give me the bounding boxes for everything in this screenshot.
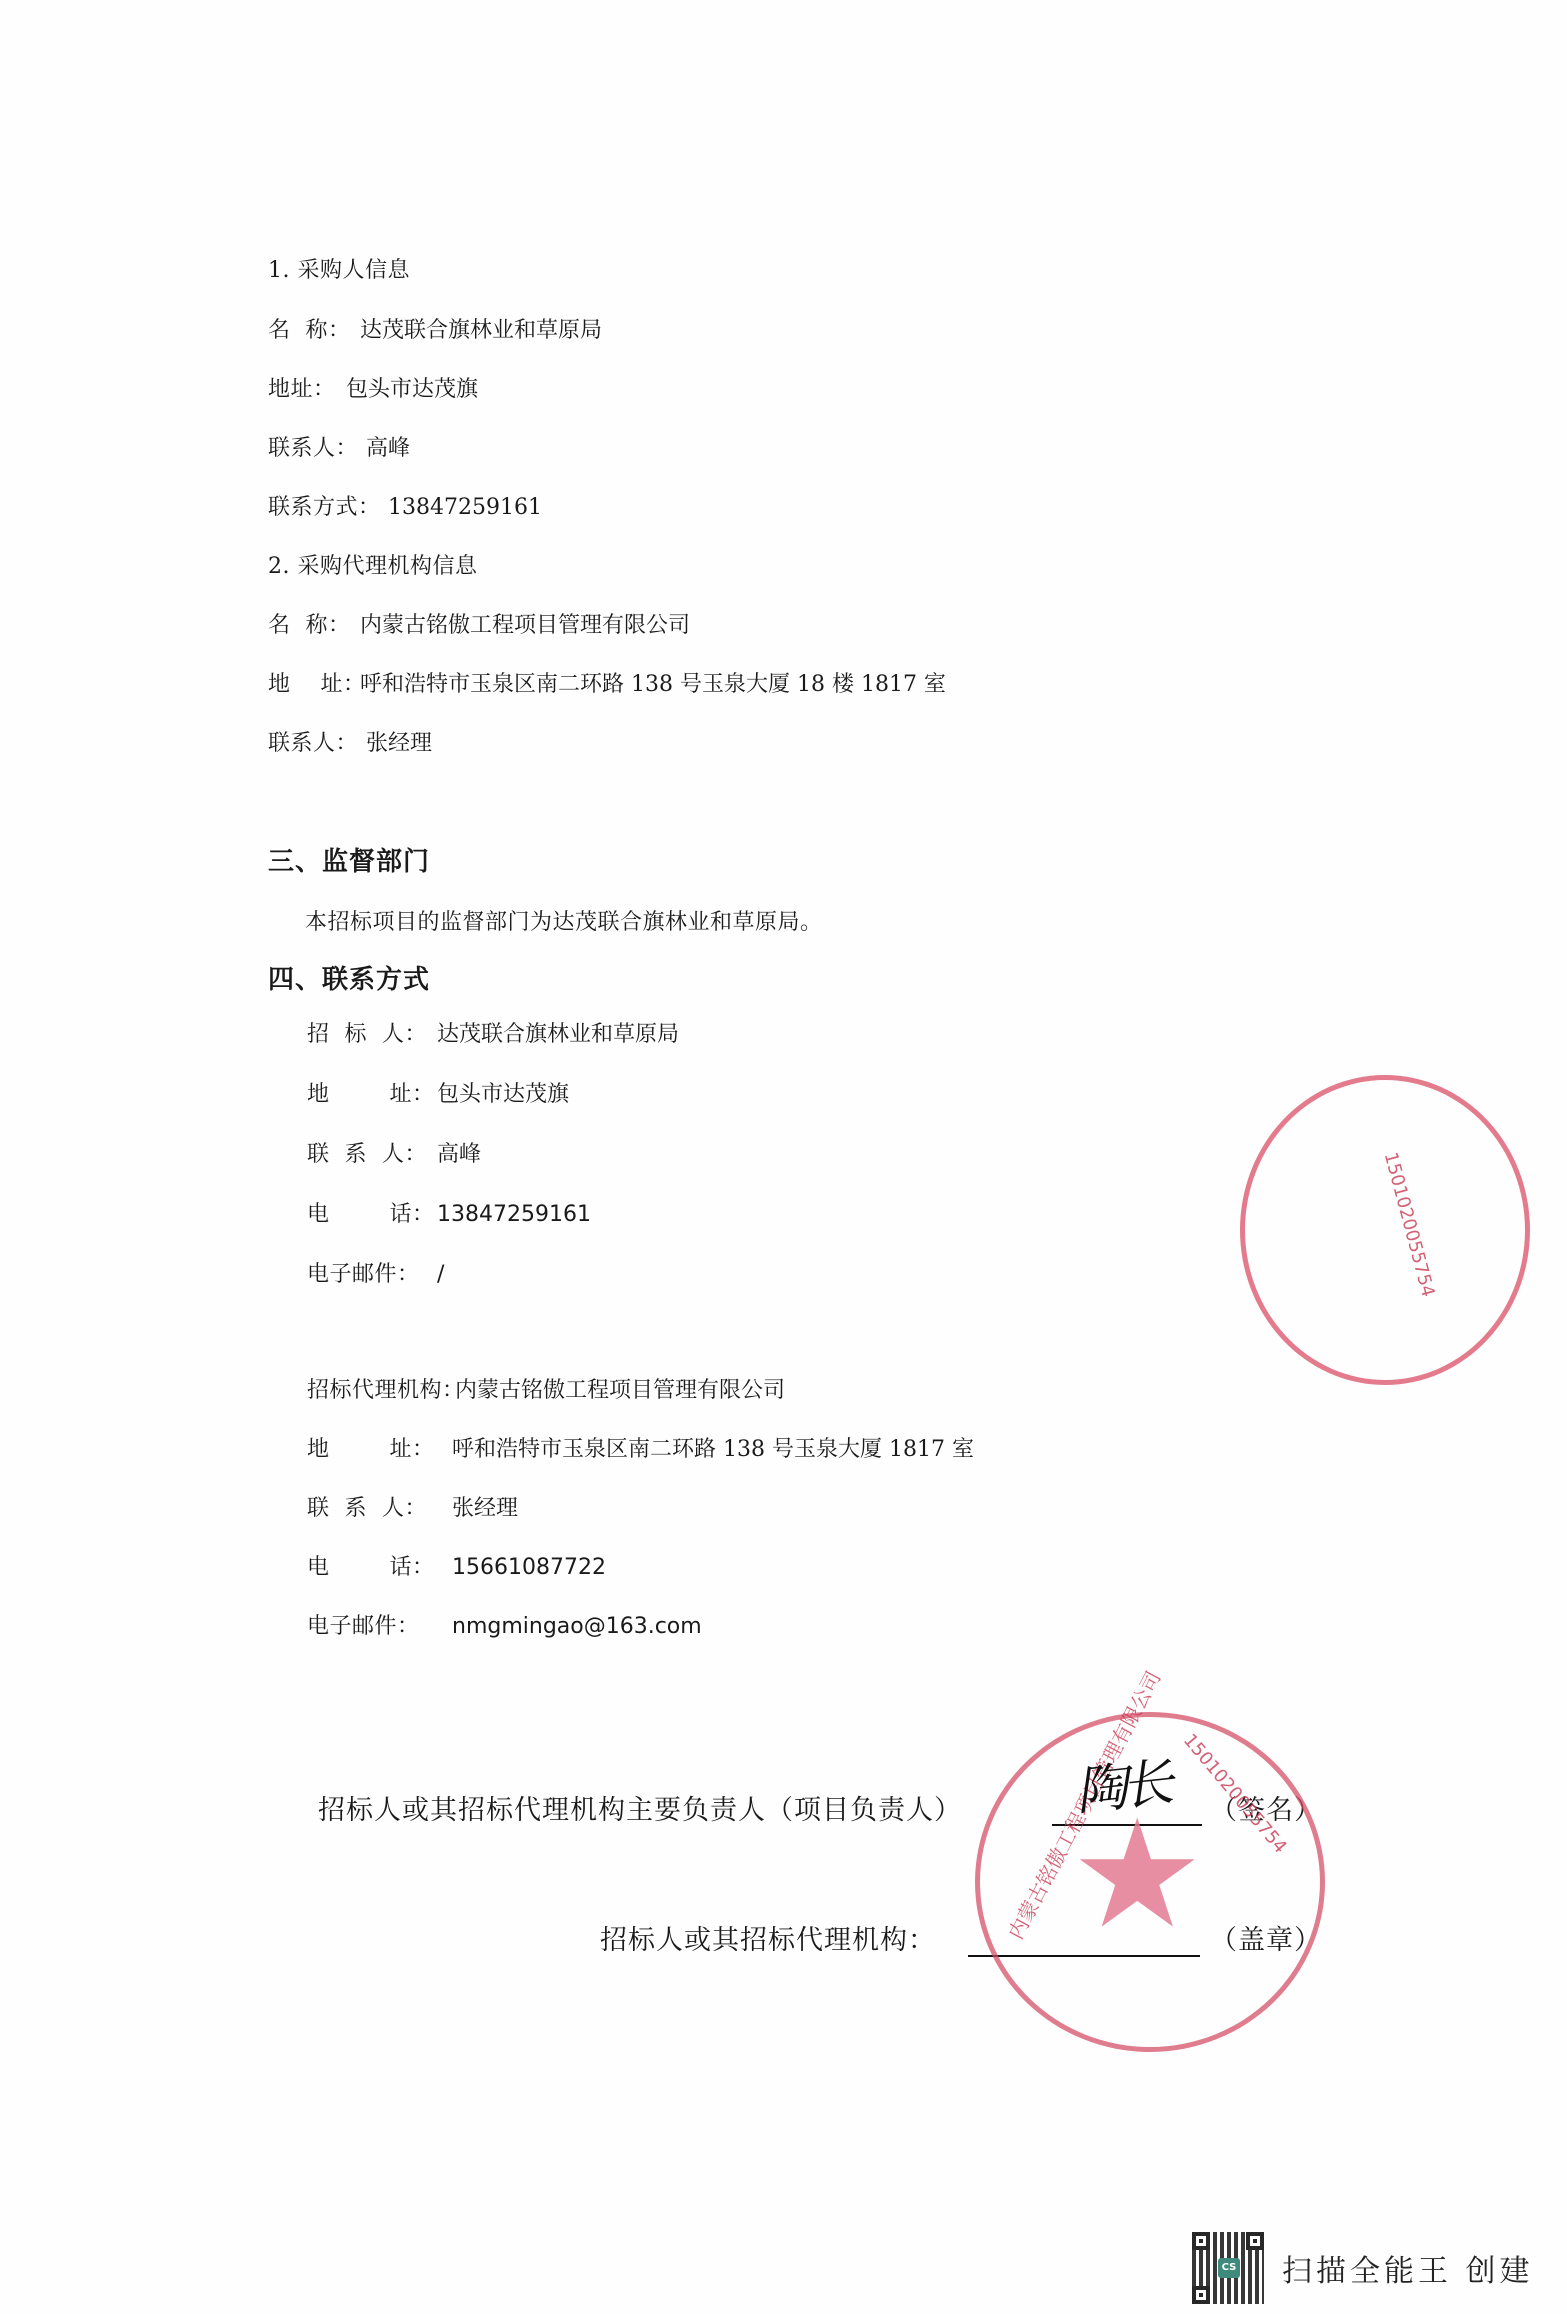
tenderer-address: 包头市达茂旗: [437, 1082, 569, 1108]
signature-line-label: 招标人或其招标代理机构主要负责人（项目负责人）: [318, 1795, 962, 1827]
agency-name: 内蒙古铭傲工程项目管理有限公司: [360, 613, 690, 639]
tenderer-email: /: [437, 1262, 444, 1288]
edge-seal: [1240, 1075, 1530, 1385]
agency-address: 呼和浩特市玉泉区南二环路 138 号玉泉大厦 18 楼 1817 室: [360, 672, 946, 698]
qr-code-icon: CS: [1192, 2232, 1264, 2304]
section4-heading: 四、联系方式: [268, 965, 430, 995]
agent-address-label: 地 址：: [307, 1437, 434, 1463]
agency-name-label: 名 称：: [268, 613, 351, 639]
purchaser-heading: 1. 采购人信息: [268, 258, 410, 284]
purchaser-address: 包头市达茂旗: [346, 377, 478, 403]
handwritten-signature: 陶长: [1071, 1740, 1170, 1824]
watermark-text: 扫描全能王 创建: [1282, 2246, 1534, 2290]
purchaser-phone: 13847259161: [388, 495, 542, 521]
camscanner-badge: CS: [1218, 2258, 1240, 2278]
agency-heading: 2. 采购代理机构信息: [268, 554, 477, 580]
tenderer-phone-label: 电 话：: [307, 1202, 434, 1228]
tenderer-name: 达茂联合旗林业和草原局: [437, 1022, 679, 1048]
agency-address-label: 地 址：: [268, 672, 365, 698]
agency-contact-label: 联系人：: [268, 731, 358, 757]
section3-body: 本招标项目的监督部门为达茂联合旗林业和草原局。: [305, 910, 823, 936]
agent-phone: 15661087722: [452, 1555, 606, 1581]
tenderer-address-label: 地 址：: [307, 1082, 434, 1108]
purchaser-phone-label: 联系方式：: [268, 495, 381, 521]
tenderer-phone: 13847259161: [437, 1202, 591, 1228]
camscanner-watermark: CS 扫描全能王 创建: [1192, 2232, 1534, 2304]
tenderer-contact-label: 联 系 人：: [307, 1142, 427, 1168]
purchaser-contact-label: 联系人：: [268, 436, 358, 462]
agent-address: 呼和浩特市玉泉区南二环路 138 号玉泉大厦 1817 室: [452, 1437, 974, 1463]
purchaser-name-label: 名 称：: [268, 318, 351, 344]
agent-contact-label: 联 系 人：: [307, 1496, 427, 1522]
purchaser-address-label: 地址：: [268, 377, 336, 403]
purchaser-name: 达茂联合旗林业和草原局: [360, 318, 602, 344]
agent-email: nmgmingao@163.com: [452, 1614, 702, 1640]
agent-phone-label: 电 话：: [307, 1555, 434, 1581]
stamp-line-label: 招标人或其招标代理机构：: [600, 1925, 936, 1957]
tenderer-email-label: 电子邮件：: [307, 1262, 420, 1288]
agent-contact: 张经理: [452, 1496, 518, 1522]
tenderer-contact: 高峰: [437, 1142, 481, 1168]
purchaser-contact: 高峰: [366, 436, 410, 462]
agent-email-label: 电子邮件：: [307, 1614, 420, 1640]
agent-name: 内蒙古铭傲工程项目管理有限公司: [455, 1378, 785, 1404]
section3-heading: 三、监督部门: [268, 847, 430, 877]
tenderer-name-label: 招 标 人：: [307, 1022, 427, 1048]
document-page: 1. 采购人信息 名 称： 达茂联合旗林业和草原局 地址： 包头市达茂旗 联系人…: [0, 0, 1567, 2314]
agent-name-label: 招标代理机构：: [307, 1378, 465, 1404]
agency-contact: 张经理: [366, 731, 432, 757]
